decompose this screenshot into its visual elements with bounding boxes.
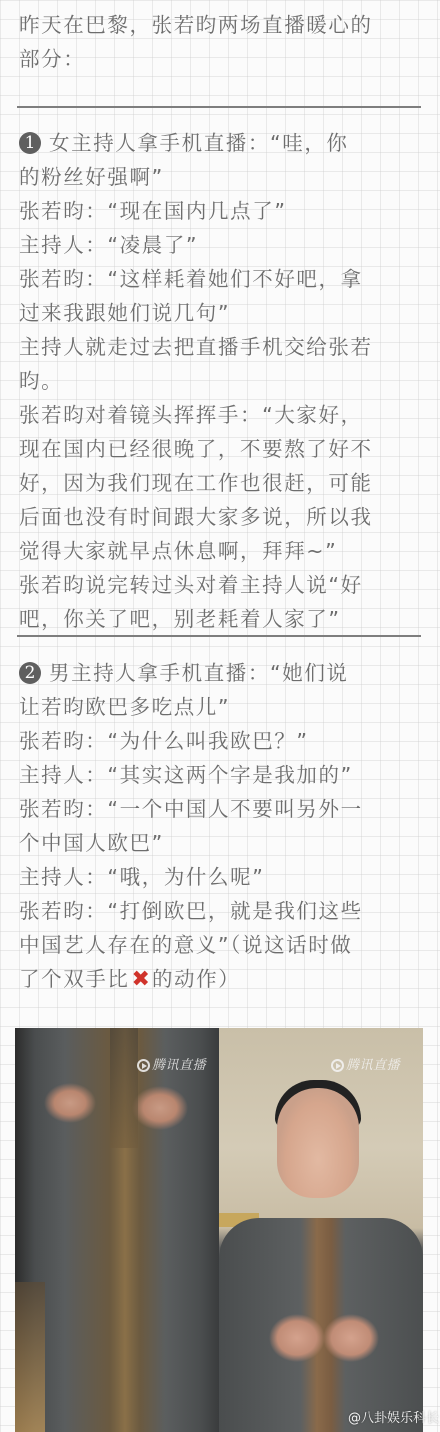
dialog-line: 张若昀说完转过头对着主持人说“好 (19, 568, 424, 602)
dialog-line: 主持人：“凌晨了” (19, 228, 424, 262)
dialog-line: 张若昀对着镜头挥挥手：“大家好， (19, 398, 424, 432)
circled-number-1-icon: 1 (19, 132, 41, 154)
livestream-photo-collage: 腾讯直播 腾讯直播 (15, 1028, 423, 1432)
weibo-author-watermark: @八卦娱乐科长 (348, 1407, 439, 1426)
dialog-line: 主持人：“哦，为什么呢” (19, 860, 424, 894)
crossed-fingers-hands (269, 1308, 379, 1368)
section-1: 1女主持人拿手机直播：“哇，你 的粉丝好强啊” 张若昀：“现在国内几点了” 主持… (19, 126, 424, 636)
dialog-line: 让若昀欧巴多吃点儿” (19, 690, 424, 724)
photo-panel-left-crossed-fingers: 腾讯直播 (15, 1028, 219, 1432)
face (277, 1088, 359, 1198)
photo-panel-right-portrait: 腾讯直播 (219, 1028, 423, 1432)
dialog-line: 主持人：“其实这两个字是我加的” (19, 758, 424, 792)
dialog-line: 张若昀：“现在国内几点了” (19, 194, 424, 228)
dialog-line: 后面也没有时间跟大家多说，所以我 (19, 500, 424, 534)
dialog-line-last: 了个双手比✖的动作） (19, 962, 424, 997)
dialog-line: 张若昀：“打倒欧巴，就是我们这些 (19, 894, 424, 928)
tencent-live-watermark: 腾讯直播 (331, 1054, 400, 1073)
section-divider (17, 106, 421, 108)
dialog-line: 张若昀：“为什么叫我欧巴？” (19, 724, 424, 758)
dialog-line: 的粉丝好强啊” (19, 160, 424, 194)
dialog-line: 昀。 (19, 364, 424, 398)
weibo-long-image-post: 昨天在巴黎，张若昀两场直播暖心的 部分： 1女主持人拿手机直播：“哇，你 的粉丝… (0, 0, 440, 1432)
section-1-heading: 1女主持人拿手机直播：“哇，你 (19, 126, 424, 160)
dialog-line: 主持人就走过去把直播手机交给张若 (19, 330, 424, 364)
section-divider (17, 635, 421, 637)
dialog-line: 过来我跟她们说几句” (19, 296, 424, 330)
section-2: 2男主持人拿手机直播：“她们说 让若昀欧巴多吃点儿” 张若昀：“为什么叫我欧巴？… (19, 656, 424, 997)
dialog-line: 好，因为我们现在工作也很赶，可能 (19, 466, 424, 500)
intro-line: 昨天在巴黎，张若昀两场直播暖心的 (19, 8, 424, 42)
intro-paragraph: 昨天在巴黎，张若昀两场直播暖心的 部分： (19, 8, 424, 76)
red-cross-icon: ✖ (132, 967, 150, 992)
tencent-live-logo-icon (137, 1059, 150, 1072)
dialog-line: 觉得大家就早点休息啊，拜拜~” (19, 534, 424, 568)
dialog-line: 张若昀：“这样耗着她们不好吧，拿 (19, 262, 424, 296)
intro-line: 部分： (19, 42, 424, 76)
dialog-line: 个中国人欧巴” (19, 826, 424, 860)
dialog-line: 中国艺人存在的意义”（说这话时做 (19, 928, 424, 962)
tencent-live-logo-icon (331, 1059, 344, 1072)
dialog-line: 吧，你关了吧，别老耗着人家了” (19, 602, 424, 636)
section-2-heading: 2男主持人拿手机直播：“她们说 (19, 656, 424, 690)
tencent-live-watermark: 腾讯直播 (137, 1054, 206, 1073)
circled-number-2-icon: 2 (19, 662, 41, 684)
dialog-line: 现在国内已经很晚了，不要熬了好不 (19, 432, 424, 466)
dialog-line: 张若昀：“一个中国人不要叫另外一 (19, 792, 424, 826)
